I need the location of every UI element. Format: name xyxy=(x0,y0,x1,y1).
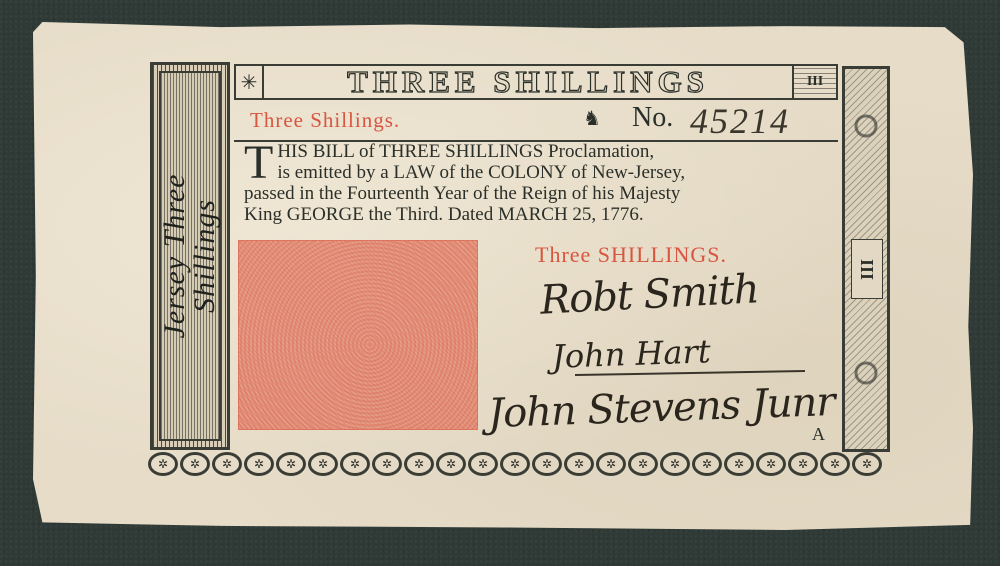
rosette-icon: ✲ xyxy=(628,452,658,476)
star-icon: ✳ xyxy=(236,66,264,98)
dropcap: T xyxy=(244,143,273,183)
rosette-icon: ✲ xyxy=(468,452,498,476)
rosette-icon: ✲ xyxy=(436,452,466,476)
rosette-icon: ✲ xyxy=(564,452,594,476)
rosette-icon: ✲ xyxy=(756,452,786,476)
body-line-3: passed in the Fourteenth Year of the Rei… xyxy=(244,183,836,204)
rosette-icon: ✲ xyxy=(308,452,338,476)
rosette-icon: ✲ xyxy=(852,452,882,476)
rosette-icon: ✲ xyxy=(404,452,434,476)
crest-icon: ♞ xyxy=(583,106,601,131)
plate-letter: A xyxy=(812,424,825,445)
side-numeral: III xyxy=(851,239,883,299)
side-vertical-text: Jersey Three Shillings xyxy=(160,174,220,339)
serial-label: No. xyxy=(632,102,673,134)
note-title: THREE SHILLINGS xyxy=(264,65,792,99)
rosette-icon: ✲ xyxy=(212,452,242,476)
rosette-icon: ✲ xyxy=(724,452,754,476)
side-text-line-2: Shillings xyxy=(190,174,220,339)
body-line-2: is emitted by a LAW of the COLONY of New… xyxy=(244,162,836,183)
rosette-icon: ✲ xyxy=(148,452,178,476)
right-ornamental-column: III xyxy=(842,66,890,452)
signature-2: John Hart xyxy=(551,332,711,376)
red-seal-print xyxy=(238,240,478,430)
rosette-icon: ✲ xyxy=(500,452,530,476)
rosette-icon: ✲ xyxy=(244,452,274,476)
rosette-icon: ✲ xyxy=(820,452,850,476)
rosette-icon: ✲ xyxy=(660,452,690,476)
rosette-icon: ✲ xyxy=(532,452,562,476)
subtitle-red: Three Shillings. xyxy=(250,108,400,133)
title-band: ✳ THREE SHILLINGS III xyxy=(234,64,838,100)
rosette-icon: ✲ xyxy=(180,452,210,476)
left-ornamental-column: Jersey Three Shillings xyxy=(150,62,230,450)
rosette-icon: ✲ xyxy=(372,452,402,476)
body-line-4: King GEORGE the Third. Dated MARCH 25, 1… xyxy=(244,204,836,225)
rosette-icon: ✲ xyxy=(788,452,818,476)
serial-number: 45214 xyxy=(690,100,790,142)
side-numeral-text: III xyxy=(856,258,877,279)
rosette-icon: ✲ xyxy=(340,452,370,476)
rosette-icon: ✲ xyxy=(596,452,626,476)
denomination-roman: III xyxy=(792,66,836,98)
body-line-1: HIS BILL of THREE SHILLINGS Proclamation… xyxy=(244,141,836,162)
proclamation-text: T HIS BILL of THREE SHILLINGS Proclamati… xyxy=(244,141,836,225)
rosette-icon: ✲ xyxy=(276,452,306,476)
bottom-rosette-border: ✲✲✲✲✲✲✲✲✲✲✲✲✲✲✲✲✲✲✲✲✲✲✲ xyxy=(148,450,888,478)
rosette-icon: ✲ xyxy=(692,452,722,476)
denomination-red: Three SHILLINGS. xyxy=(535,242,727,268)
side-text-line-1: Jersey Three xyxy=(160,174,190,339)
